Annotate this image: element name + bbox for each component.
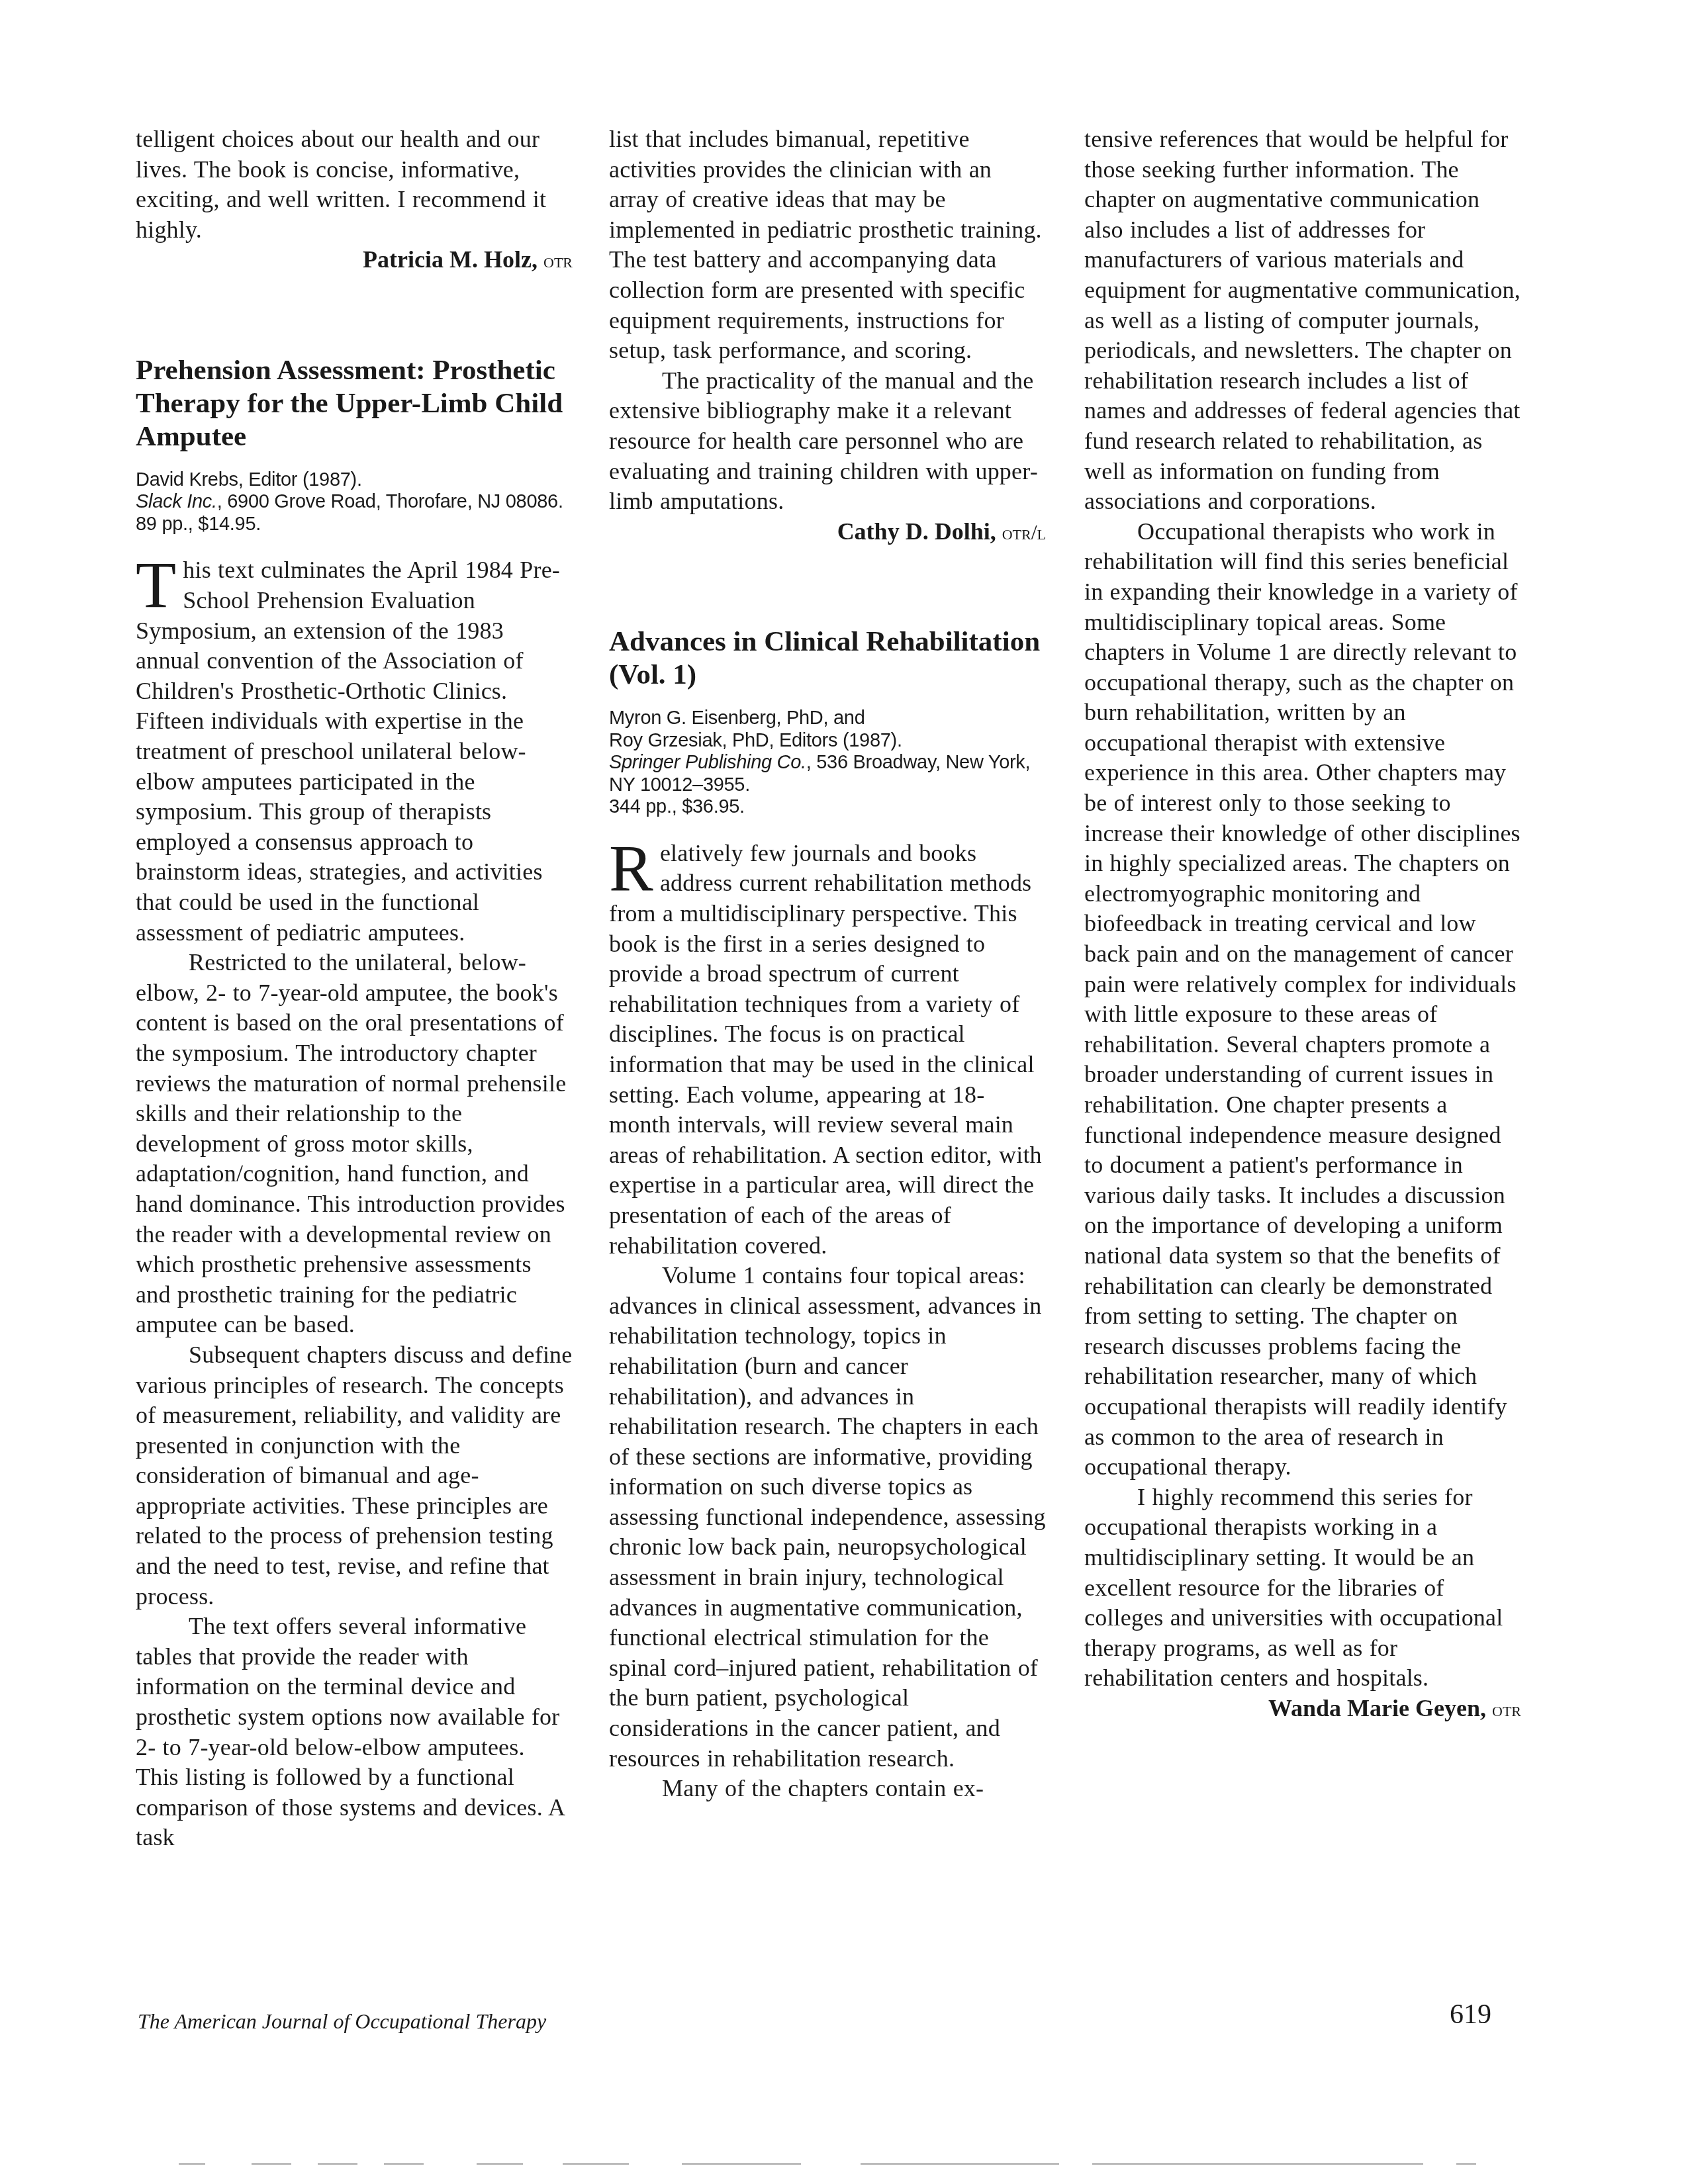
scan-artifact: [179, 2163, 205, 2165]
paragraph: This text culminates the April 1984 Pre-…: [136, 555, 573, 948]
drop-cap: T: [136, 559, 176, 611]
reviewer-credential: OTR: [1492, 1697, 1521, 1721]
scan-artifact: [563, 2163, 629, 2165]
editor-line: Roy Grzesiak, PhD, Editors (1987).: [609, 730, 1046, 752]
paragraph: Occupational therapists who work in reha…: [1084, 517, 1521, 1482]
reviewer-credential: OTR/L: [1002, 520, 1046, 544]
paragraph: Many of the chapters contain ex-: [609, 1774, 1046, 1804]
review-title: Advances in Clinical Rehabilitation (Vol…: [609, 625, 1046, 692]
reviewer-credential: OTR: [543, 248, 573, 272]
scan-artifact: [1456, 2163, 1476, 2165]
review-prehension-assessment: Prehension Assessment: Prosthetic Therap…: [136, 354, 573, 1853]
reviewer-name: Wanda Marie Geyen,: [1268, 1695, 1486, 1721]
paragraph: Volume 1 contains four topical areas: ad…: [609, 1261, 1046, 1774]
drop-cap: R: [609, 842, 653, 894]
pages-price: 344 pp., $36.95.: [609, 796, 1046, 819]
bibliographic-info: David Krebs, Editor (1987). Slack Inc., …: [136, 469, 573, 536]
review-title: Prehension Assessment: Prosthetic Therap…: [136, 354, 573, 453]
page-number: 619: [1450, 1999, 1491, 2030]
column-1: telligent choices about our health and o…: [136, 124, 573, 1853]
paragraph: Relatively few journals and books addres…: [609, 839, 1046, 1261]
reviewer-signature: Patricia M. Holz, OTR: [136, 245, 573, 276]
review-body: Relatively few journals and books addres…: [609, 839, 1046, 1804]
paragraph: I highly recommend this series for occup…: [1084, 1482, 1521, 1694]
paragraph: Subsequent chapters discuss and define v…: [136, 1340, 573, 1612]
journal-page: telligent choices about our health and o…: [0, 0, 1688, 2184]
paragraph-continued: tensive references that would be helpful…: [1084, 124, 1521, 517]
reviewer-name: Cathy D. Dolhi,: [837, 518, 996, 545]
publisher-line: Springer Publishing Co., 536 Broadway, N…: [609, 752, 1046, 796]
publisher-name: Springer Publishing Co.: [609, 752, 806, 773]
scan-artifact: [682, 2163, 801, 2165]
scan-artifact: [477, 2163, 523, 2165]
paragraph: Restricted to the unilateral, below-elbo…: [136, 948, 573, 1340]
bibliographic-info: Myron G. Eisenberg, PhD, and Roy Grzesia…: [609, 707, 1046, 819]
continued-review-text: telligent choices about our health and o…: [136, 124, 573, 245]
scan-artifact: [861, 2163, 1059, 2165]
review-advances-clinical-rehabilitation: Advances in Clinical Rehabilitation (Vol…: [609, 625, 1046, 1804]
scan-artifact: [1092, 2163, 1423, 2165]
paragraph: The practicality of the manual and the e…: [609, 366, 1046, 517]
pages-price: 89 pp., $14.95.: [136, 514, 573, 536]
reviewer-name: Patricia M. Holz,: [363, 246, 538, 273]
publisher-address: , 6900 Grove Road, Thorofare, NJ 08086.: [217, 491, 563, 512]
scan-artifact: [318, 2163, 357, 2165]
scan-artifact: [384, 2163, 424, 2165]
reviewer-signature: Wanda Marie Geyen, OTR: [1084, 1694, 1521, 1725]
journal-name-footer: The American Journal of Occupational The…: [138, 2009, 546, 2034]
reviewer-signature: Cathy D. Dolhi, OTR/L: [609, 517, 1046, 548]
column-3: tensive references that would be helpful…: [1084, 124, 1521, 1724]
review-body: This text culminates the April 1984 Pre-…: [136, 555, 573, 1853]
paragraph-continued: list that includes bimanual, repetitive …: [609, 124, 1046, 366]
publisher-line: Slack Inc., 6900 Grove Road, Thorofare, …: [136, 491, 573, 514]
column-2: list that includes bimanual, repetitive …: [609, 124, 1046, 1804]
publisher-name: Slack Inc.: [136, 491, 217, 512]
editor-line: Myron G. Eisenberg, PhD, and: [609, 707, 1046, 730]
scan-artifact: [252, 2163, 291, 2165]
paragraph: The text offers several informative tabl…: [136, 1612, 573, 1853]
editor-line: David Krebs, Editor (1987).: [136, 469, 573, 492]
